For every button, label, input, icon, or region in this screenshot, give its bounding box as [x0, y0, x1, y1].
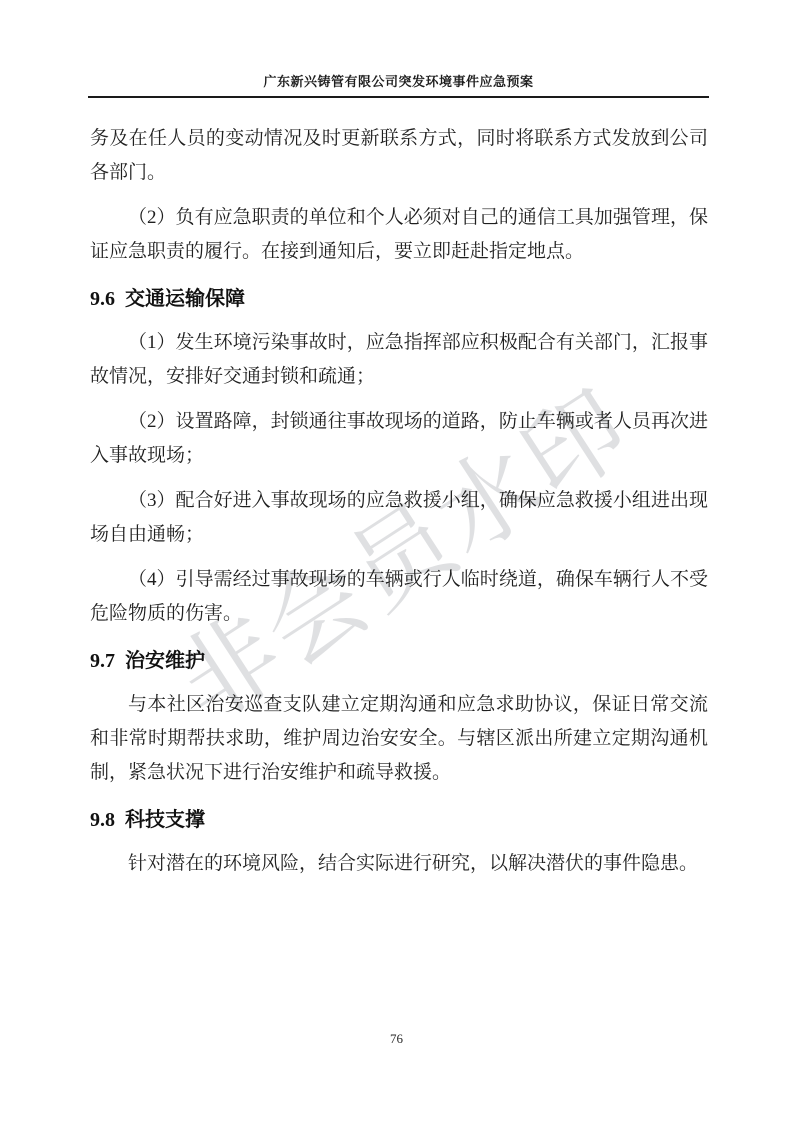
header-title: 广东新兴铸管有限公司突发环境事件应急预案 — [88, 71, 709, 90]
page-footer: 76 — [0, 1030, 793, 1048]
document-page: 非会员水印 广东新兴铸管有限公司突发环境事件应急预案 务及在任人员的变动情况及时… — [0, 0, 793, 1122]
paragraph-comm-duty: （2）负有应急职责的单位和个人必须对自己的通信工具加强管理，保证应急职责的履行。… — [90, 201, 708, 269]
section-number: 9.6 — [90, 288, 115, 310]
document-body: 务及在任人员的变动情况及时更新联系方式，同时将联系方式发放到公司各部门。 （2）… — [90, 98, 708, 881]
paragraph-security: 与本社区治安巡查支队建立定期沟通和应急求助协议，保证日常交流和非常时期帮扶求助，… — [90, 688, 708, 790]
section-title: 治安维护 — [125, 650, 205, 672]
paragraph-item-1: （1）发生环境污染事故时，应急指挥部应积极配合有关部门，汇报事故情况，安排好交通… — [90, 326, 708, 394]
section-heading-9-8: 9.8科技支撑 — [90, 804, 708, 836]
paragraph-item-3: （3）配合好进入事故现场的应急救援小组，确保应急救援小组进出现场自由通畅； — [90, 484, 708, 552]
section-heading-9-7: 9.7治安维护 — [90, 645, 708, 677]
paragraph-contact-update: 务及在任人员的变动情况及时更新联系方式，同时将联系方式发放到公司各部门。 — [90, 122, 708, 190]
section-number: 9.7 — [90, 650, 115, 672]
section-number: 9.8 — [90, 809, 115, 831]
paragraph-tech-support: 针对潜在的环境风险，结合实际进行研究，以解决潜伏的事件隐患。 — [90, 847, 708, 881]
section-title: 交通运输保障 — [125, 288, 245, 310]
page-header: 广东新兴铸管有限公司突发环境事件应急预案 — [88, 0, 709, 98]
paragraph-item-2: （2）设置路障，封锁通往事故现场的道路，防止车辆或者人员再次进入事故现场； — [90, 405, 708, 473]
section-heading-9-6: 9.6交通运输保障 — [90, 283, 708, 315]
section-title: 科技支撑 — [125, 809, 205, 831]
paragraph-item-4: （4）引导需经过事故现场的车辆或行人临时绕道，确保车辆行人不受危险物质的伤害。 — [90, 563, 708, 631]
page-number: 76 — [390, 1031, 403, 1046]
